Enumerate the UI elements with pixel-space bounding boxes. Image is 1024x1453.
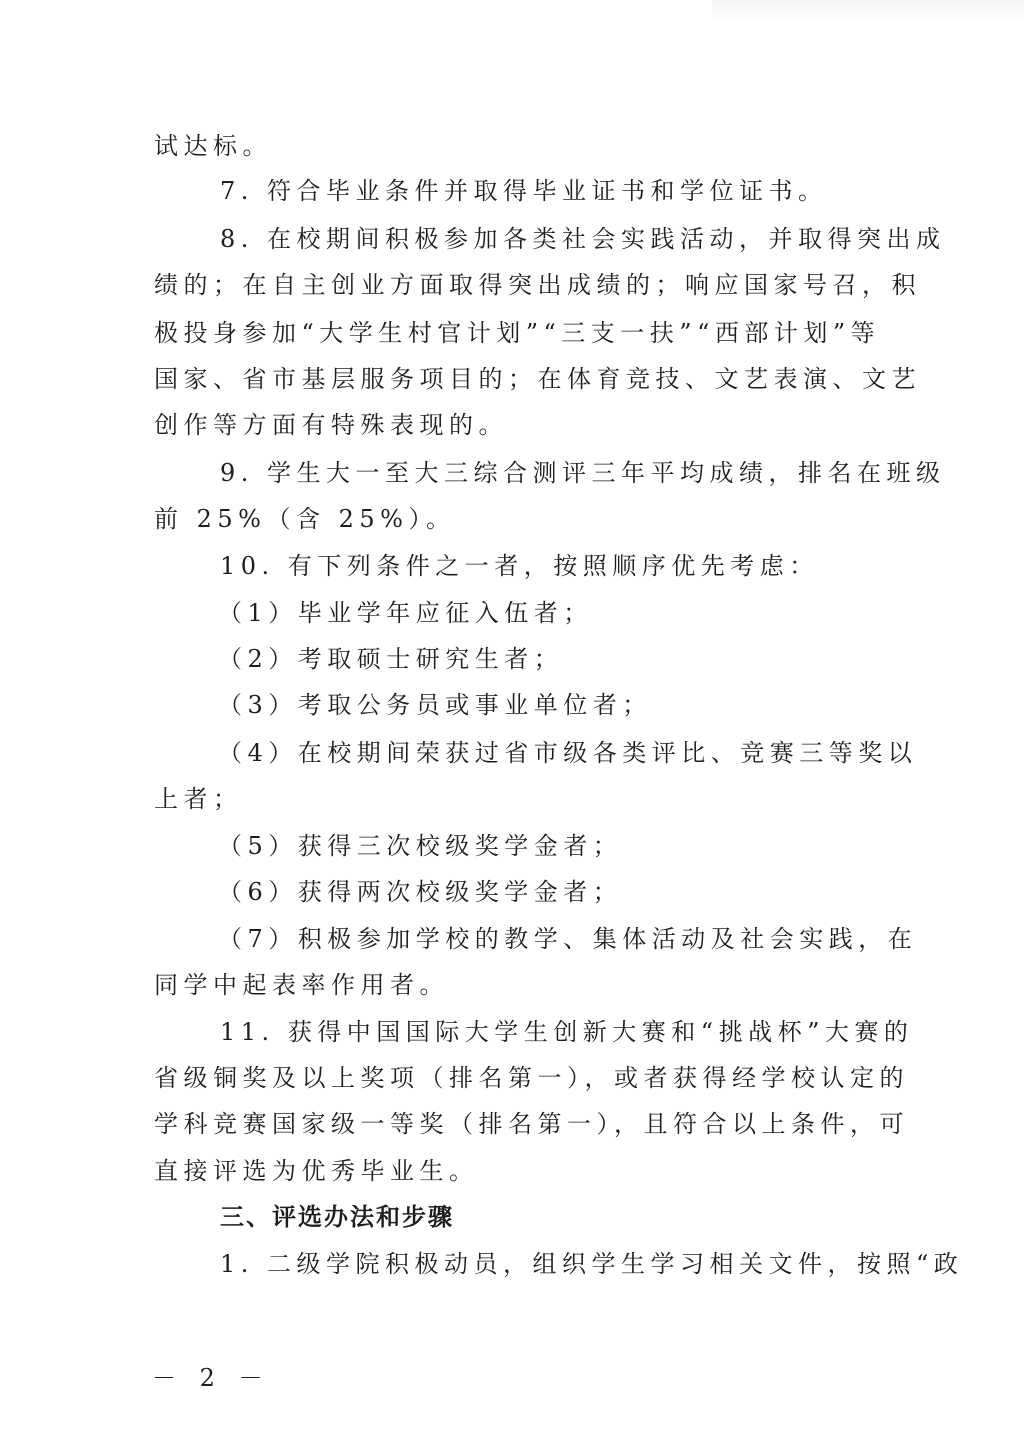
text-line-continuation: 试达标。	[154, 131, 870, 161]
document-page: 试达标。 7. 符合毕业条件并取得毕业证书和学位证书。 8. 在校期间积极参加各…	[0, 0, 1024, 1453]
item-9-line-2: 前 25%（含 25%）。	[154, 504, 870, 534]
item-10-sub-3: （3）考取公务员或事业单位者；	[218, 690, 934, 720]
item-8: 8. 在校期间积极参加各类社会实践活动，并取得突出成	[220, 224, 936, 254]
item-8-line-2: 绩的；在自主创业方面取得突出成绩的；响应国家号召，积	[154, 270, 870, 300]
item-8-line-3: 极投身参加“大学生村官计划”“三支一扶”“西部计划”等	[154, 318, 870, 348]
item-8-line-4: 国家、省市基层服务项目的；在体育竞技、文艺表演、文艺	[154, 364, 870, 394]
item-11-line-4: 直接评选为优秀毕业生。	[154, 1156, 870, 1186]
item-9: 9. 学生大一至大三综合测评三年平均成绩，排名在班级	[220, 458, 936, 488]
item-10: 10. 有下列条件之一者，按照顺序优先考虑：	[220, 551, 936, 581]
page-number: － 2 －	[152, 1358, 271, 1393]
item-10-sub-5: （5）获得三次校级奖学金者；	[218, 831, 934, 861]
item-11-line-2: 省级铜奖及以上奖项（排名第一），或者获得经学校认定的	[154, 1063, 870, 1093]
item-10-sub-7-line-2: 同学中起表率作用者。	[154, 970, 870, 1000]
item-8-line-5: 创作等方面有特殊表现的。	[154, 410, 870, 440]
item-10-sub-4: （4）在校期间荣获过省市级各类评比、竞赛三等奖以	[218, 738, 934, 768]
item-10-sub-4-line-2: 上者；	[154, 784, 870, 814]
item-10-sub-2: （2）考取硕士研究生者；	[218, 644, 934, 674]
section-heading-3: 三、评选办法和步骤	[220, 1202, 936, 1232]
section-3-item-1: 1. 二级学院积极动员，组织学生学习相关文件，按照“政	[220, 1249, 936, 1279]
item-11-line-3: 学科竞赛国家级一等奖（排名第一），且符合以上条件，可	[154, 1109, 870, 1139]
scan-shadow	[712, 0, 1024, 22]
item-10-sub-6: （6）获得两次校级奖学金者；	[218, 877, 934, 907]
item-7: 7. 符合毕业条件并取得毕业证书和学位证书。	[220, 176, 936, 206]
item-11: 11. 获得中国国际大学生创新大赛和“挑战杯”大赛的	[220, 1017, 936, 1047]
item-10-sub-1: （1）毕业学年应征入伍者；	[218, 598, 934, 628]
item-10-sub-7: （7）积极参加学校的教学、集体活动及社会实践，在	[218, 924, 934, 954]
